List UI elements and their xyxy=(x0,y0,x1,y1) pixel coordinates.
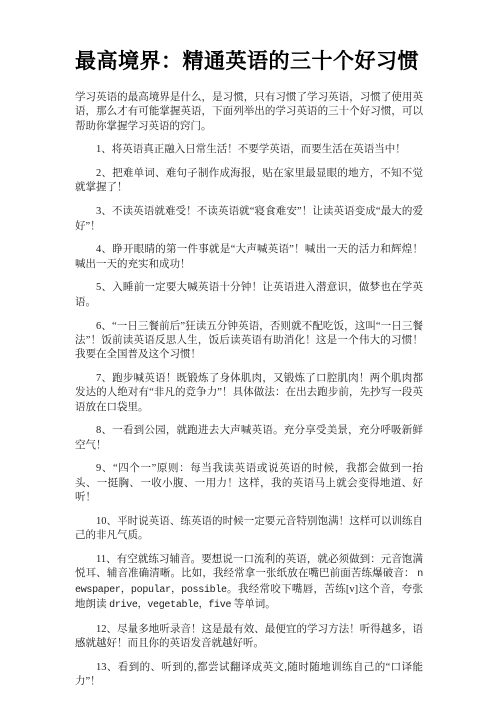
document-page: 最高境界：精通英语的三十个好习惯 学习英语的最高境界是什么，是习惯，只有习惯了学… xyxy=(0,0,496,702)
paragraph: 2、把难单词、难句子制作成海报，贴在家里最显眼的地方，不知不觉就掌握了！ xyxy=(75,167,423,196)
text-segment: 等单词。 xyxy=(231,599,276,610)
paragraph: 5、入睡前一定要大喊英语十分钟！让英语进入潜意识，做梦也在学英语。 xyxy=(75,281,423,310)
paragraph: 3、不读英语就难受！不读英语就“寝食难安”！让读英语变成“最大的爱好”！ xyxy=(75,205,423,234)
paragraph: 10、平时说英语、练英语的时候一定要元音特别饱满！这样可以训练自己的非凡气质。 xyxy=(75,515,423,544)
paragraph: 12、尽量多地听录音！这是最有效、最便宜的学习方法！听得越多，语感就越好！而且你… xyxy=(75,623,423,652)
paragraph: 8、一看到公园，就跑进去大声喊英语。充分享受美景，充分呼吸新鲜空气！ xyxy=(75,424,423,453)
paragraph: 6、“一日三餐前后”狂读五分钟英语，否则就不配吃饭，这叫“一日三餐法”！饭前读英… xyxy=(75,320,423,363)
text-segment: 11、有空就练习辅音。要想说一口流利的英语，就必须做到：元音饱满悦耳、辅音准确清… xyxy=(75,554,423,579)
paragraph: 9、“四个一”原则：每当我读英语或说英语的时候，我都会做到一抬头、一挺胸、一收小… xyxy=(75,462,423,505)
paragraph: 学习英语的最高境界是什么，是习惯，只有习惯了学习英语，习惯了使用英语，那么才有可… xyxy=(75,91,423,134)
paragraph: 7、跑步喊英语！既锻炼了身体肌肉，又锻炼了口腔肌肉！两个肌肉都发达的人绝对有“非… xyxy=(75,372,423,415)
paragraph: 4、睁开眼睛的第一件事就是“大声喊英语”！喊出一天的活力和辉煌！喊出一天的充实和… xyxy=(75,243,423,272)
document-title: 最高境界：精通英语的三十个好习惯 xyxy=(75,47,423,77)
paragraph: 11、有空就练习辅音。要想说一口流利的英语，就必须做到：元音饱满悦耳、辅音准确清… xyxy=(75,553,423,613)
document-body: 学习英语的最高境界是什么，是习惯，只有习惯了学习英语，习惯了使用英语，那么才有可… xyxy=(75,91,423,689)
english-word-segment: drive，vegetable，five xyxy=(109,600,231,611)
paragraph: 1、将英语真正融入日常生活！不要学英语，而要生活在英语当中！ xyxy=(75,143,423,157)
paragraph: 13、看到的、听到的,都尝试翻译成英文,随时随地训练自己的“口译能力”！ xyxy=(75,661,423,690)
